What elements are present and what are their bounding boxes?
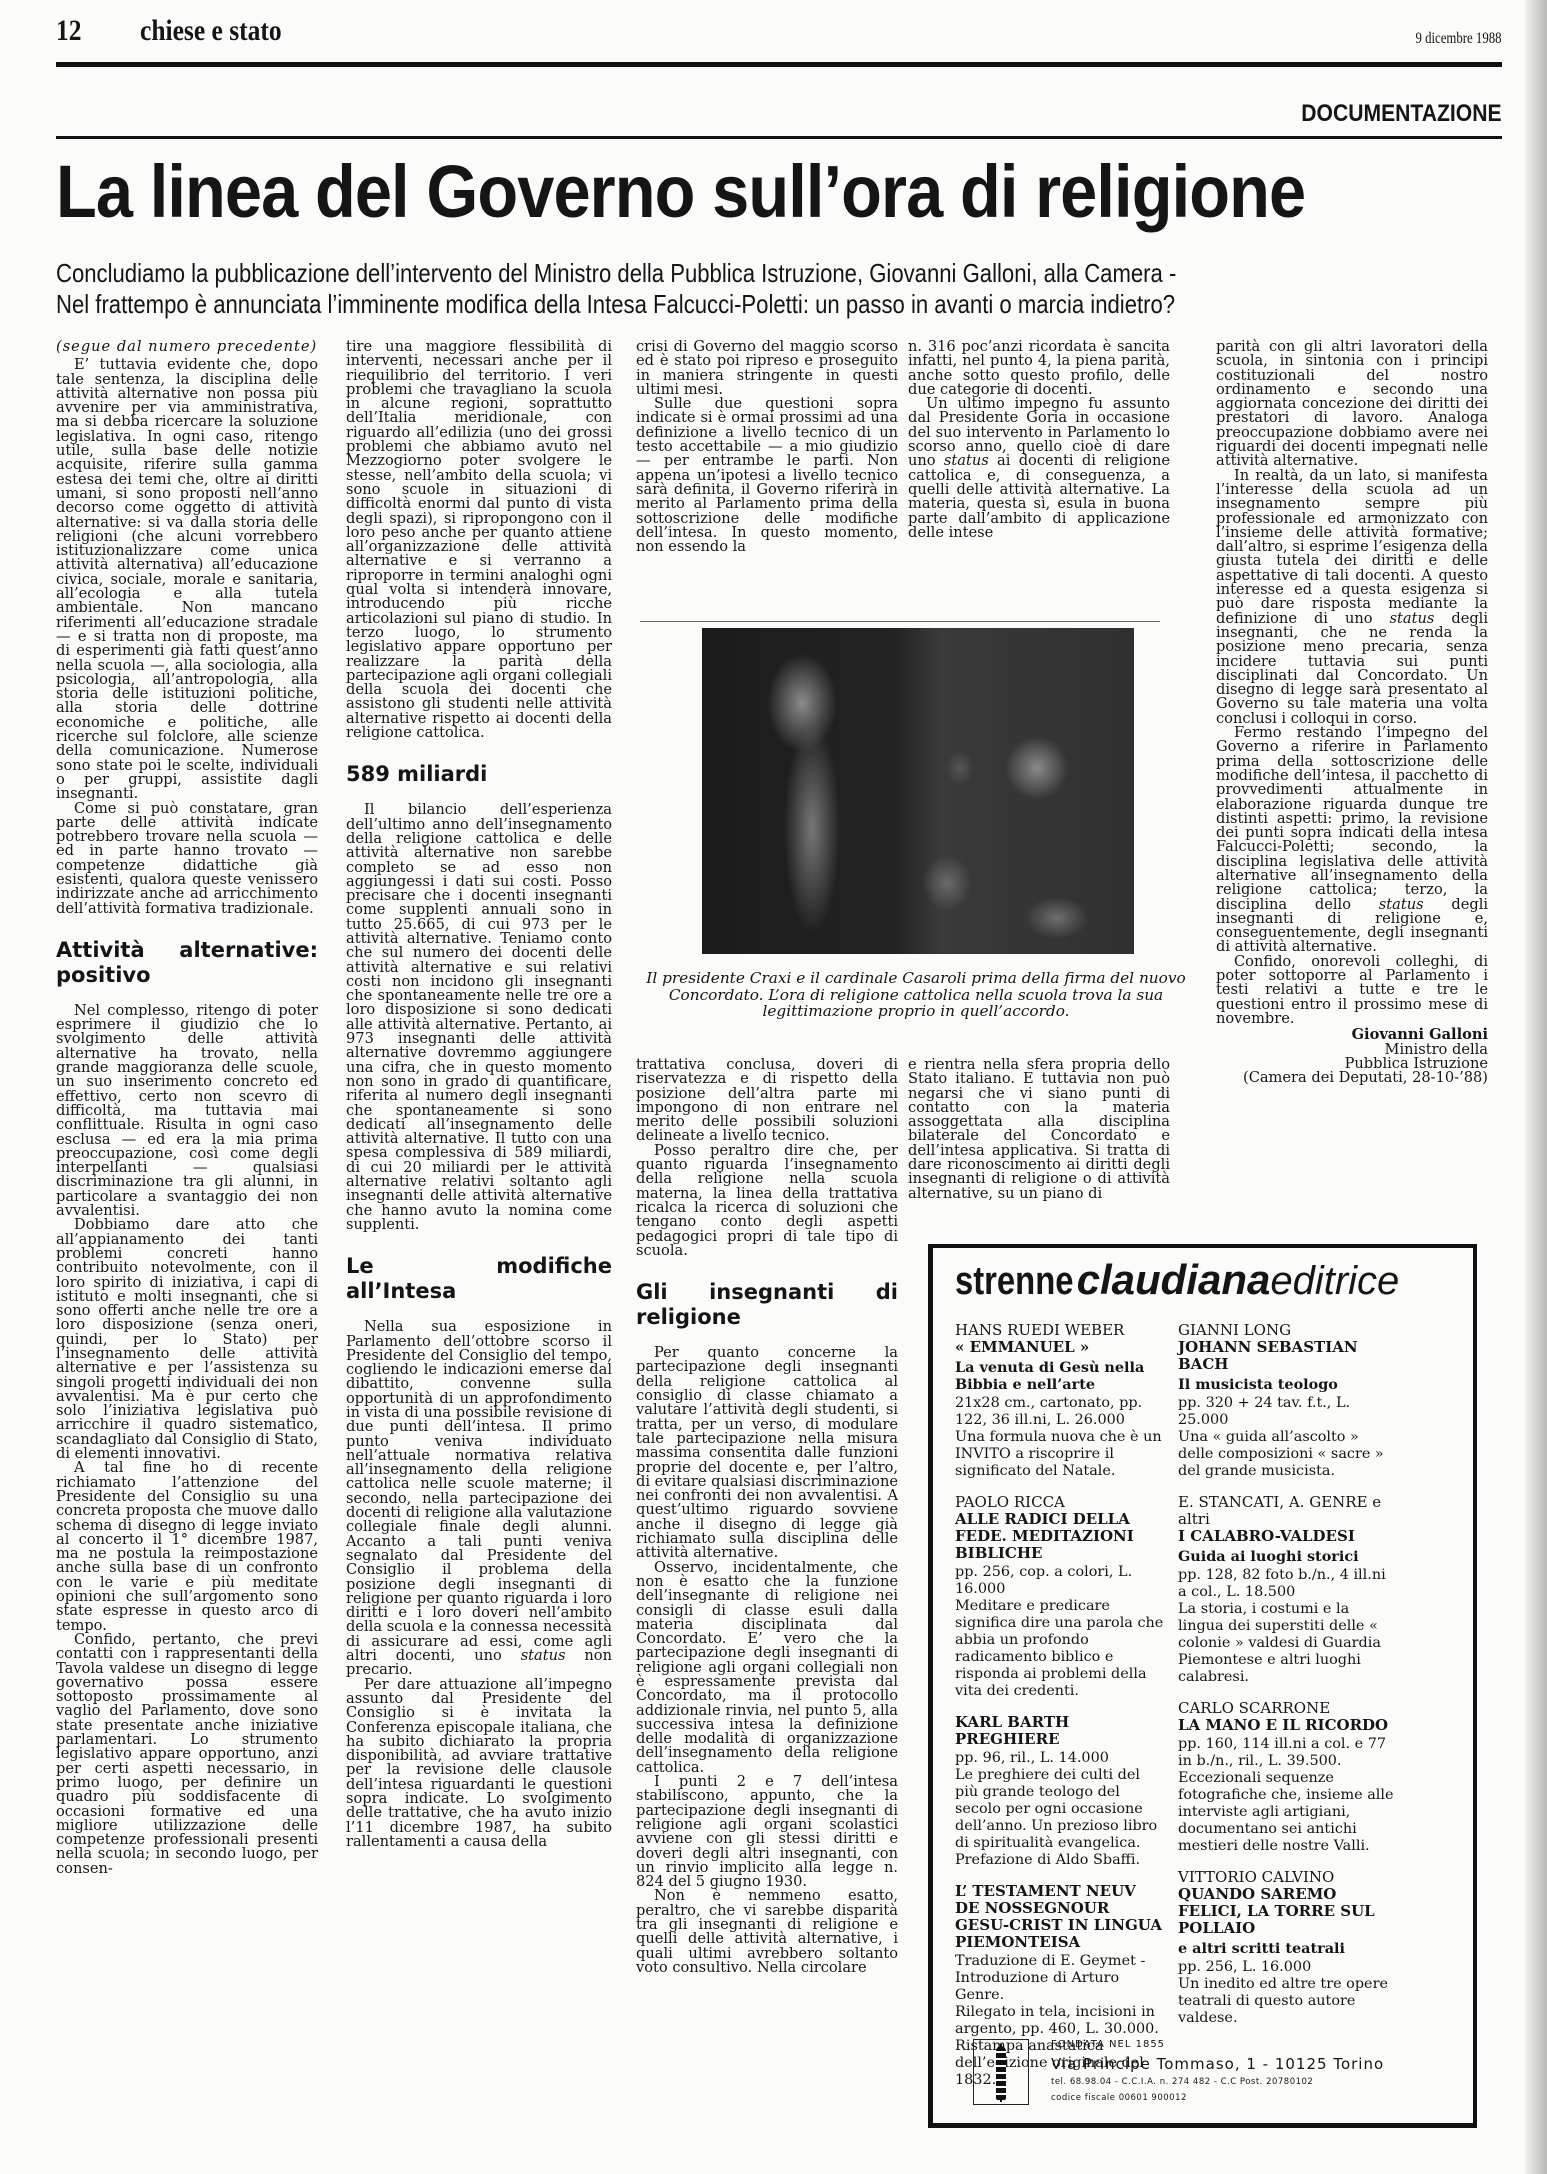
paragraph: In realtà, da un lato, si manifesta l’in… <box>1216 469 1488 726</box>
book-listing: CARLO SCARRONE LA MANO E IL RICORDO pp. … <box>1178 1700 1398 1855</box>
article-column-4-top: n. 316 poc’anzi ricordata è sancita infa… <box>908 340 1170 540</box>
deck-line-2: Nel frattempo è annunciata l’imminente m… <box>56 289 1285 320</box>
continued-note: (segue dal numero precedente) <box>56 340 318 354</box>
paragraph: Sulle due questioni sopra indicate si è … <box>636 397 898 554</box>
issue-date: 9 dicembre 1988 <box>1416 30 1502 48</box>
paragraph: Confido, pertanto, che previ contatti co… <box>56 1633 318 1876</box>
book-listing: PAOLO RICCA ALLE RADICI DELLA FEDE. MEDI… <box>955 1494 1165 1700</box>
publisher-tax-code: codice fiscale 00601 900012 <box>1051 2093 1187 2103</box>
ad-footer: FONDATA NEL 1855 Via Principe Tommaso, 1… <box>973 2039 1473 2109</box>
paragraph: E’ tuttavia evidente che, dopo tale sent… <box>56 358 318 801</box>
paragraph: n. 316 poc’anzi ricordata è sancita infa… <box>908 340 1170 397</box>
paragraph: Osservo, incidentalmente, che non è esat… <box>636 1561 898 1775</box>
paragraph: Per quanto concerne la partecipazione de… <box>636 1346 898 1560</box>
subheading: 589 miliardi <box>346 762 612 787</box>
article-column-3-top: crisi di Governo del maggio scorso ed è … <box>636 340 898 554</box>
signature-source: (Camera dei Deputati, 28-10-’88) <box>1216 1071 1488 1085</box>
masthead-rule <box>56 62 1502 67</box>
section-kicker: DOCUMENTAZIONE <box>1302 100 1502 128</box>
book-listing: GIANNI LONG JOHANN SEBASTIAN BACH Il mus… <box>1178 1322 1398 1480</box>
article-column-1: (segue dal numero precedente) E’ tuttavi… <box>56 340 318 1876</box>
book-listing: HANS RUEDI WEBER « EMMANUEL » La venuta … <box>955 1322 1165 1480</box>
deck-line-1: Concludiamo la pubblicazione dell’interv… <box>56 258 1285 289</box>
masthead: 12 chiese e stato 9 dicembre 1988 <box>56 12 1502 52</box>
paragraph: Non è nemmeno esatto, peraltro, che vi s… <box>636 1889 898 1975</box>
ad-title: strenne claudianaeditrice <box>955 1256 1399 1304</box>
book-listing: VITTORIO CALVINO QUANDO SAREMO FELICI, L… <box>1178 1869 1398 2027</box>
paragraph: Come si può constatare, gran parte delle… <box>56 802 318 916</box>
page-edge-shadow <box>1525 0 1547 2174</box>
subheading: Attività alternative: positivo <box>56 938 318 988</box>
paragraph: Dobbiamo dare atto che all’appianamento … <box>56 1218 318 1461</box>
article-column-5: parità con gli altri lavoratori della sc… <box>1216 340 1488 1085</box>
photo-top-rule <box>640 621 1160 622</box>
photo-craxi-casaroli <box>702 628 1134 954</box>
wheat-ear-icon <box>973 2039 1029 2105</box>
paragraph: A tal fine ho di recente richiamato l’at… <box>56 1461 318 1633</box>
headline-rule <box>56 136 1502 139</box>
publisher-address: Via Principe Tommaso, 1 - 10125 Torino <box>1051 2055 1384 2073</box>
paragraph: Confido, onorevoli colleghi, di poter so… <box>1216 955 1488 1026</box>
paragraph: I punti 2 e 7 dell’intesa stabiliscono, … <box>636 1775 898 1889</box>
ad-right-column: GIANNI LONG JOHANN SEBASTIAN BACH Il mus… <box>1178 1322 1398 2041</box>
paragraph: Posso peraltro dire che, per quanto rigu… <box>636 1144 898 1258</box>
ad-left-column: HANS RUEDI WEBER « EMMANUEL » La venuta … <box>955 1322 1165 2103</box>
photo-caption: Il presidente Craxi e il cardinale Casar… <box>630 970 1202 1020</box>
subheading: Gli insegnanti di religione <box>636 1280 898 1330</box>
article-column-4-bottom: e rientra nella sfera propria dello Stat… <box>908 1058 1170 1201</box>
subheading: Le modifiche all’Intesa <box>346 1254 612 1304</box>
article-column-2: tire una maggiore flessibilità di interv… <box>346 340 612 1849</box>
founded-year: FONDATA NEL 1855 <box>1051 2039 1165 2050</box>
paragraph: parità con gli altri lavoratori della sc… <box>1216 340 1488 469</box>
headline: La linea del Governo sull’ora di religio… <box>56 150 1360 234</box>
paragraph: Nella sua esposizione in Parlamento dell… <box>346 1320 612 1677</box>
paragraph: Fermo restando l’impegno del Governo a r… <box>1216 726 1488 955</box>
paragraph: Un ultimo impegno fu assunto dal Preside… <box>908 397 1170 540</box>
paragraph: Per dare attuazione all’impegno assunto … <box>346 1678 612 1850</box>
book-listing: KARL BARTH PREGHIERE pp. 96, ril., L. 14… <box>955 1714 1165 1869</box>
claudiana-advertisement: strenne claudianaeditrice HANS RUEDI WEB… <box>928 1244 1477 2128</box>
article-column-3-bottom: trattativa conclusa, doveri di riservate… <box>636 1058 898 1975</box>
paragraph: Il bilancio dell’esperienza dell’ultimo … <box>346 803 612 1232</box>
paragraph: tire una maggiore flessibilità di interv… <box>346 340 612 740</box>
paragraph: crisi di Governo del maggio scorso ed è … <box>636 340 898 397</box>
paragraph: e rientra nella sfera propria dello Stat… <box>908 1058 1170 1201</box>
publisher-contacts: tel. 68.98.04 - C.C.I.A. n. 274 482 - C.… <box>1051 2077 1313 2087</box>
page-number: 12 <box>56 14 82 48</box>
deck: Concludiamo la pubblicazione dell’interv… <box>56 258 1502 320</box>
signature: Giovanni Galloni Ministro della Pubblica… <box>1216 1028 1488 1085</box>
paragraph: trattativa conclusa, doveri di riservate… <box>636 1058 898 1144</box>
paragraph: Nel complesso, ritengo di poter esprimer… <box>56 1004 318 1218</box>
section-name: chiese e stato <box>140 14 282 48</box>
book-listing: E. STANCATI, A. GENRE e altri I CALABRO-… <box>1178 1494 1398 1686</box>
